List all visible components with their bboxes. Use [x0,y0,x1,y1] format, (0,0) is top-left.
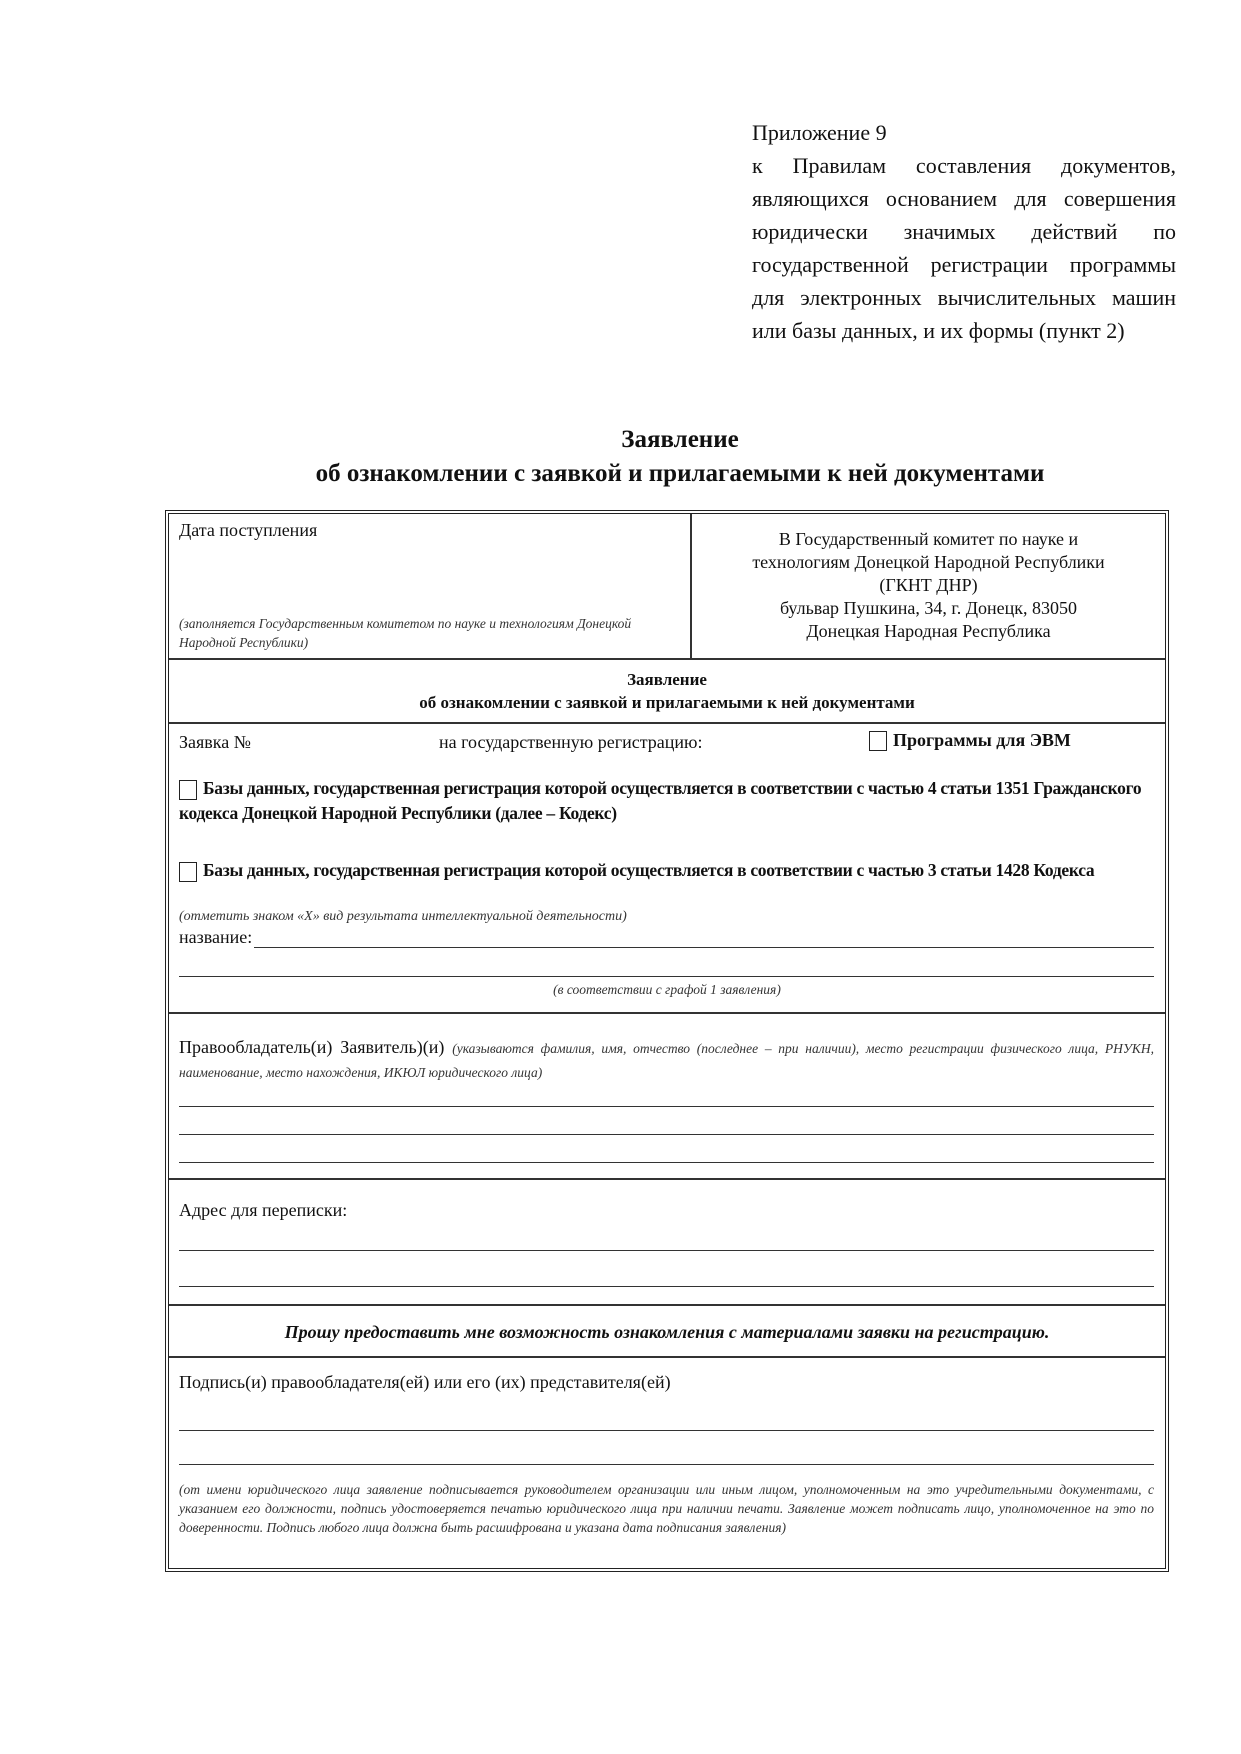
signature-input-line-1[interactable] [179,1430,1154,1431]
appendix-body: к Правилам составления документов, являю… [752,149,1176,347]
addressee-line: (ГКНТ ДНР) [692,574,1165,597]
addressee-cell: В Государственный комитет по науке и тех… [692,514,1165,658]
address-input-line-2[interactable] [179,1286,1154,1287]
application-form: Дата поступления (заполняется Государств… [165,510,1169,1572]
option-database-1428-label: Базы данных, государственная регистрация… [203,860,1094,880]
option-database-1428[interactable]: Базы данных, государственная регистрация… [179,858,1154,883]
option-program-evm[interactable]: Программы для ЭВМ [869,730,1071,751]
rightholder-label-block: Правообладатель(и) Заявитель)(и) (указыв… [179,1036,1154,1084]
signature-note: (от имени юридического лица заявление по… [179,1480,1154,1537]
option-hint: (отметить знаком «Х» вид результата инте… [179,909,627,925]
name-field[interactable]: название: [179,927,1154,948]
addressee-line: бульвар Пушкина, 34, г. Донецк, 83050 [692,597,1165,620]
registration-label: на государственную регистрацию: [439,732,703,753]
addressee-line: В Государственный комитет по науке и [692,528,1165,551]
request-statement: Прошу предоставить мне возможность ознак… [285,1322,1050,1342]
address-row: Адрес для переписки: [169,1180,1165,1306]
rightholder-row: Правообладатель(и) Заявитель)(и) (указыв… [169,1014,1165,1180]
checkbox-database-1351[interactable] [179,780,197,800]
address-label: Адрес для переписки: [179,1200,347,1221]
option-database-1351-label: Базы данных, государственная регистрация… [179,778,1141,823]
rightholder-input-line-2[interactable] [179,1134,1154,1135]
signature-input-line-2[interactable] [179,1464,1154,1465]
request-row: Заявка № на государственную регистрацию:… [169,724,1165,1014]
receipt-date-note: (заполняется Государственным комитетом п… [179,614,684,652]
receipt-date-label: Дата поступления [179,520,317,541]
checkbox-program-evm[interactable] [869,731,887,751]
rightholder-label: Правообладатель(и) Заявитель)(и) [179,1037,444,1057]
document-subtitle: об ознакомлении с заявкой и прилагаемыми… [160,458,1200,490]
document-title: Заявление [160,424,1200,456]
rightholder-input-line-3[interactable] [179,1162,1154,1163]
name-input-line[interactable] [254,927,1154,948]
signature-label: Подпись(и) правообладателя(ей) или его (… [179,1372,671,1393]
form-header-subtitle: об ознакомлении с заявкой и прилагаемыми… [169,691,1165,714]
option-database-1351[interactable]: Базы данных, государственная регистрация… [179,776,1154,826]
name-caption: (в соответствии с графой 1 заявления) [169,982,1165,998]
checkbox-database-1428[interactable] [179,862,197,882]
address-input-line-1[interactable] [179,1250,1154,1251]
appendix-header: Приложение 9 к Правилам составления доку… [752,116,1176,347]
form-header-title: Заявление [169,668,1165,691]
appendix-title: Приложение 9 [752,116,1176,149]
receipt-date-cell[interactable]: Дата поступления (заполняется Государств… [169,514,692,658]
form-header-row: Заявление об ознакомлении с заявкой и пр… [169,660,1165,724]
name-label: название: [179,927,252,948]
request-statement-row: Прошу предоставить мне возможность ознак… [169,1306,1165,1358]
addressee-line: технологиям Донецкой Народной Республики [692,551,1165,574]
signature-row: Подпись(и) правообладателя(ей) или его (… [169,1358,1165,1568]
option-program-evm-label: Программы для ЭВМ [893,730,1071,751]
name-input-line-2[interactable] [179,976,1154,977]
rightholder-input-line-1[interactable] [179,1106,1154,1107]
request-number-field[interactable]: Заявка № [179,732,251,753]
addressee-line: Донецкая Народная Республика [692,620,1165,643]
form-top-row: Дата поступления (заполняется Государств… [169,514,1165,660]
